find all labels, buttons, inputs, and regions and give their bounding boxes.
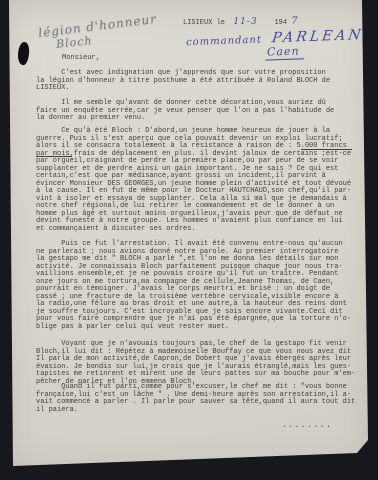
pencil-annotation-line2: Bloch bbox=[55, 34, 93, 51]
recipient-city: Caen bbox=[265, 44, 304, 60]
underline-par-mois bbox=[36, 156, 72, 157]
date-handwritten: 11-3 bbox=[233, 17, 257, 27]
ink-blot-hole bbox=[16, 41, 30, 65]
paragraph-5: Voyant que je n'avouais toujours pas,le … bbox=[36, 341, 355, 386]
paragraph-2: Il me semble qu'avant de donner cette dé… bbox=[36, 100, 334, 123]
paragraph-3: Ce qu'à été Bloch : D'abord,un jeune hom… bbox=[36, 128, 351, 233]
underline-5000-francs bbox=[301, 149, 352, 150]
date-year-typed: 194 bbox=[274, 19, 287, 27]
paragraph-4: Puis ce fut l'arrestation. Il avait été … bbox=[36, 241, 351, 331]
paragraph-6: Quand il fut parti,comme pour s'excuser,… bbox=[36, 384, 355, 414]
recipient-prefix: commandant bbox=[186, 35, 262, 49]
paragraph-1: C'est avec indignation que j'apprends qu… bbox=[36, 70, 330, 93]
date-year-digit-handwritten: 7 bbox=[291, 16, 297, 27]
salutation: Monsieur, bbox=[62, 55, 100, 63]
recipient-name: PARLEANI bbox=[271, 27, 373, 47]
ellipsis-line: ........ bbox=[282, 421, 332, 430]
date-place-label: LISIEUX le bbox=[183, 19, 225, 27]
pencil-annotation-line1: légion d'honneur bbox=[38, 12, 158, 40]
date-line: LISIEUX le 11-3 194 7 bbox=[183, 16, 298, 27]
letter-page: légion d'honneur Bloch LISIEUX le 11-3 1… bbox=[0, 0, 378, 480]
